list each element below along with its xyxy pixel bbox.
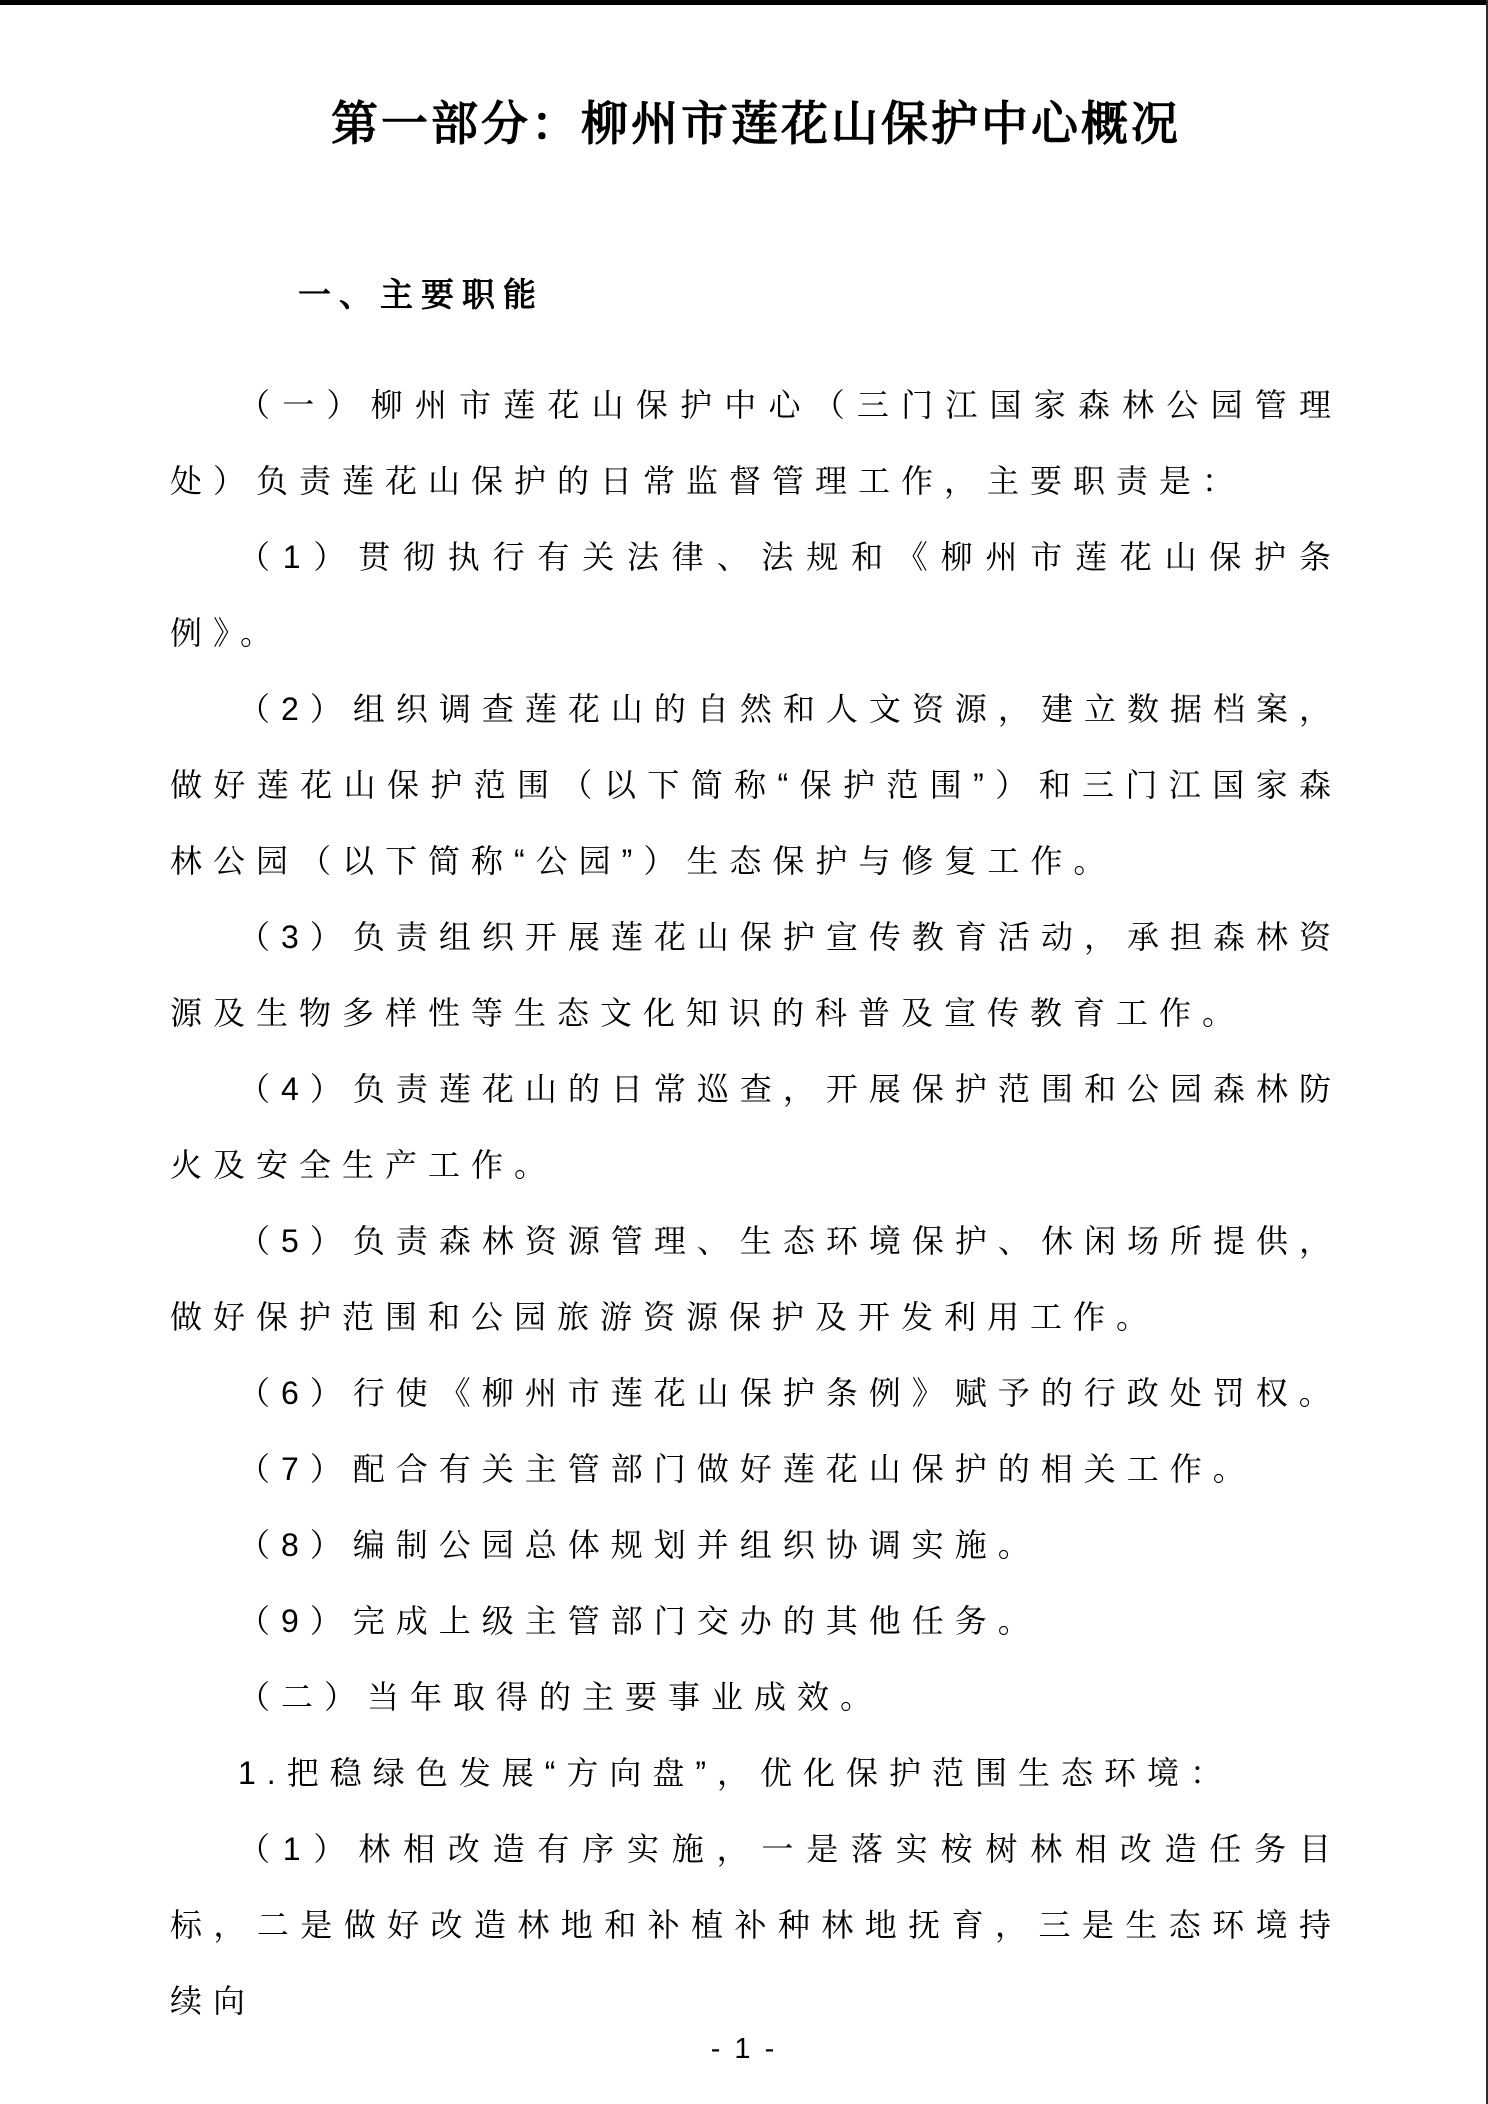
document-title: 第一部分：柳州市莲花山保护中心概况: [170, 95, 1342, 153]
paragraph-6: （5）负责森林资源管理、生态环境保护、休闲场所提供，做好保护范围和公园旅游资源保…: [170, 1203, 1342, 1355]
paragraph-1: （一）柳州市莲花山保护中心（三门江国家森林公园管理处）负责莲花山保护的日常监督管…: [170, 367, 1342, 519]
document-body: （一）柳州市莲花山保护中心（三门江国家森林公园管理处）负责莲花山保护的日常监督管…: [170, 367, 1342, 2039]
paragraph-2: （1）贯彻执行有关法律、法规和《柳州市莲花山保护条例》。: [170, 519, 1342, 671]
paragraph-10: （9）完成上级主管部门交办的其他任务。: [170, 1583, 1342, 1659]
paragraph-7: （6）行使《柳州市莲花山保护条例》赋予的行政处罚权。: [170, 1355, 1342, 1431]
paragraph-11: （二）当年取得的主要事业成效。: [170, 1659, 1342, 1735]
section-heading: 一、主要职能: [170, 275, 1342, 315]
paragraph-9: （8）编制公园总体规划并组织协调实施。: [170, 1507, 1342, 1583]
paragraph-4: （3）负责组织开展莲花山保护宣传教育活动，承担森林资源及生物多样性等生态文化知识…: [170, 899, 1342, 1051]
document-content: 第一部分：柳州市莲花山保护中心概况 一、主要职能 （一）柳州市莲花山保护中心（三…: [170, 0, 1342, 2039]
paragraph-3: （2）组织调查莲花山的自然和人文资源，建立数据档案，做好莲花山保护范围（以下简称…: [170, 671, 1342, 899]
paragraph-5: （4）负责莲花山的日常巡查，开展保护范围和公园森林防火及安全生产工作。: [170, 1051, 1342, 1203]
paragraph-13: （1）林相改造有序实施，一是落实桉树林相改造任务目标，二是做好改造林地和补植补种…: [170, 1811, 1342, 2039]
paragraph-12: 1.把稳绿色发展“方向盘”，优化保护范围生态环境：: [170, 1735, 1342, 1811]
page-number: - 1 -: [0, 2033, 1488, 2066]
paragraph-8: （7）配合有关主管部门做好莲花山保护的相关工作。: [170, 1431, 1342, 1507]
scanned-document-page: { "page": { "title": "第一部分：柳州市莲花山保护中心概况"…: [0, 0, 1488, 2104]
